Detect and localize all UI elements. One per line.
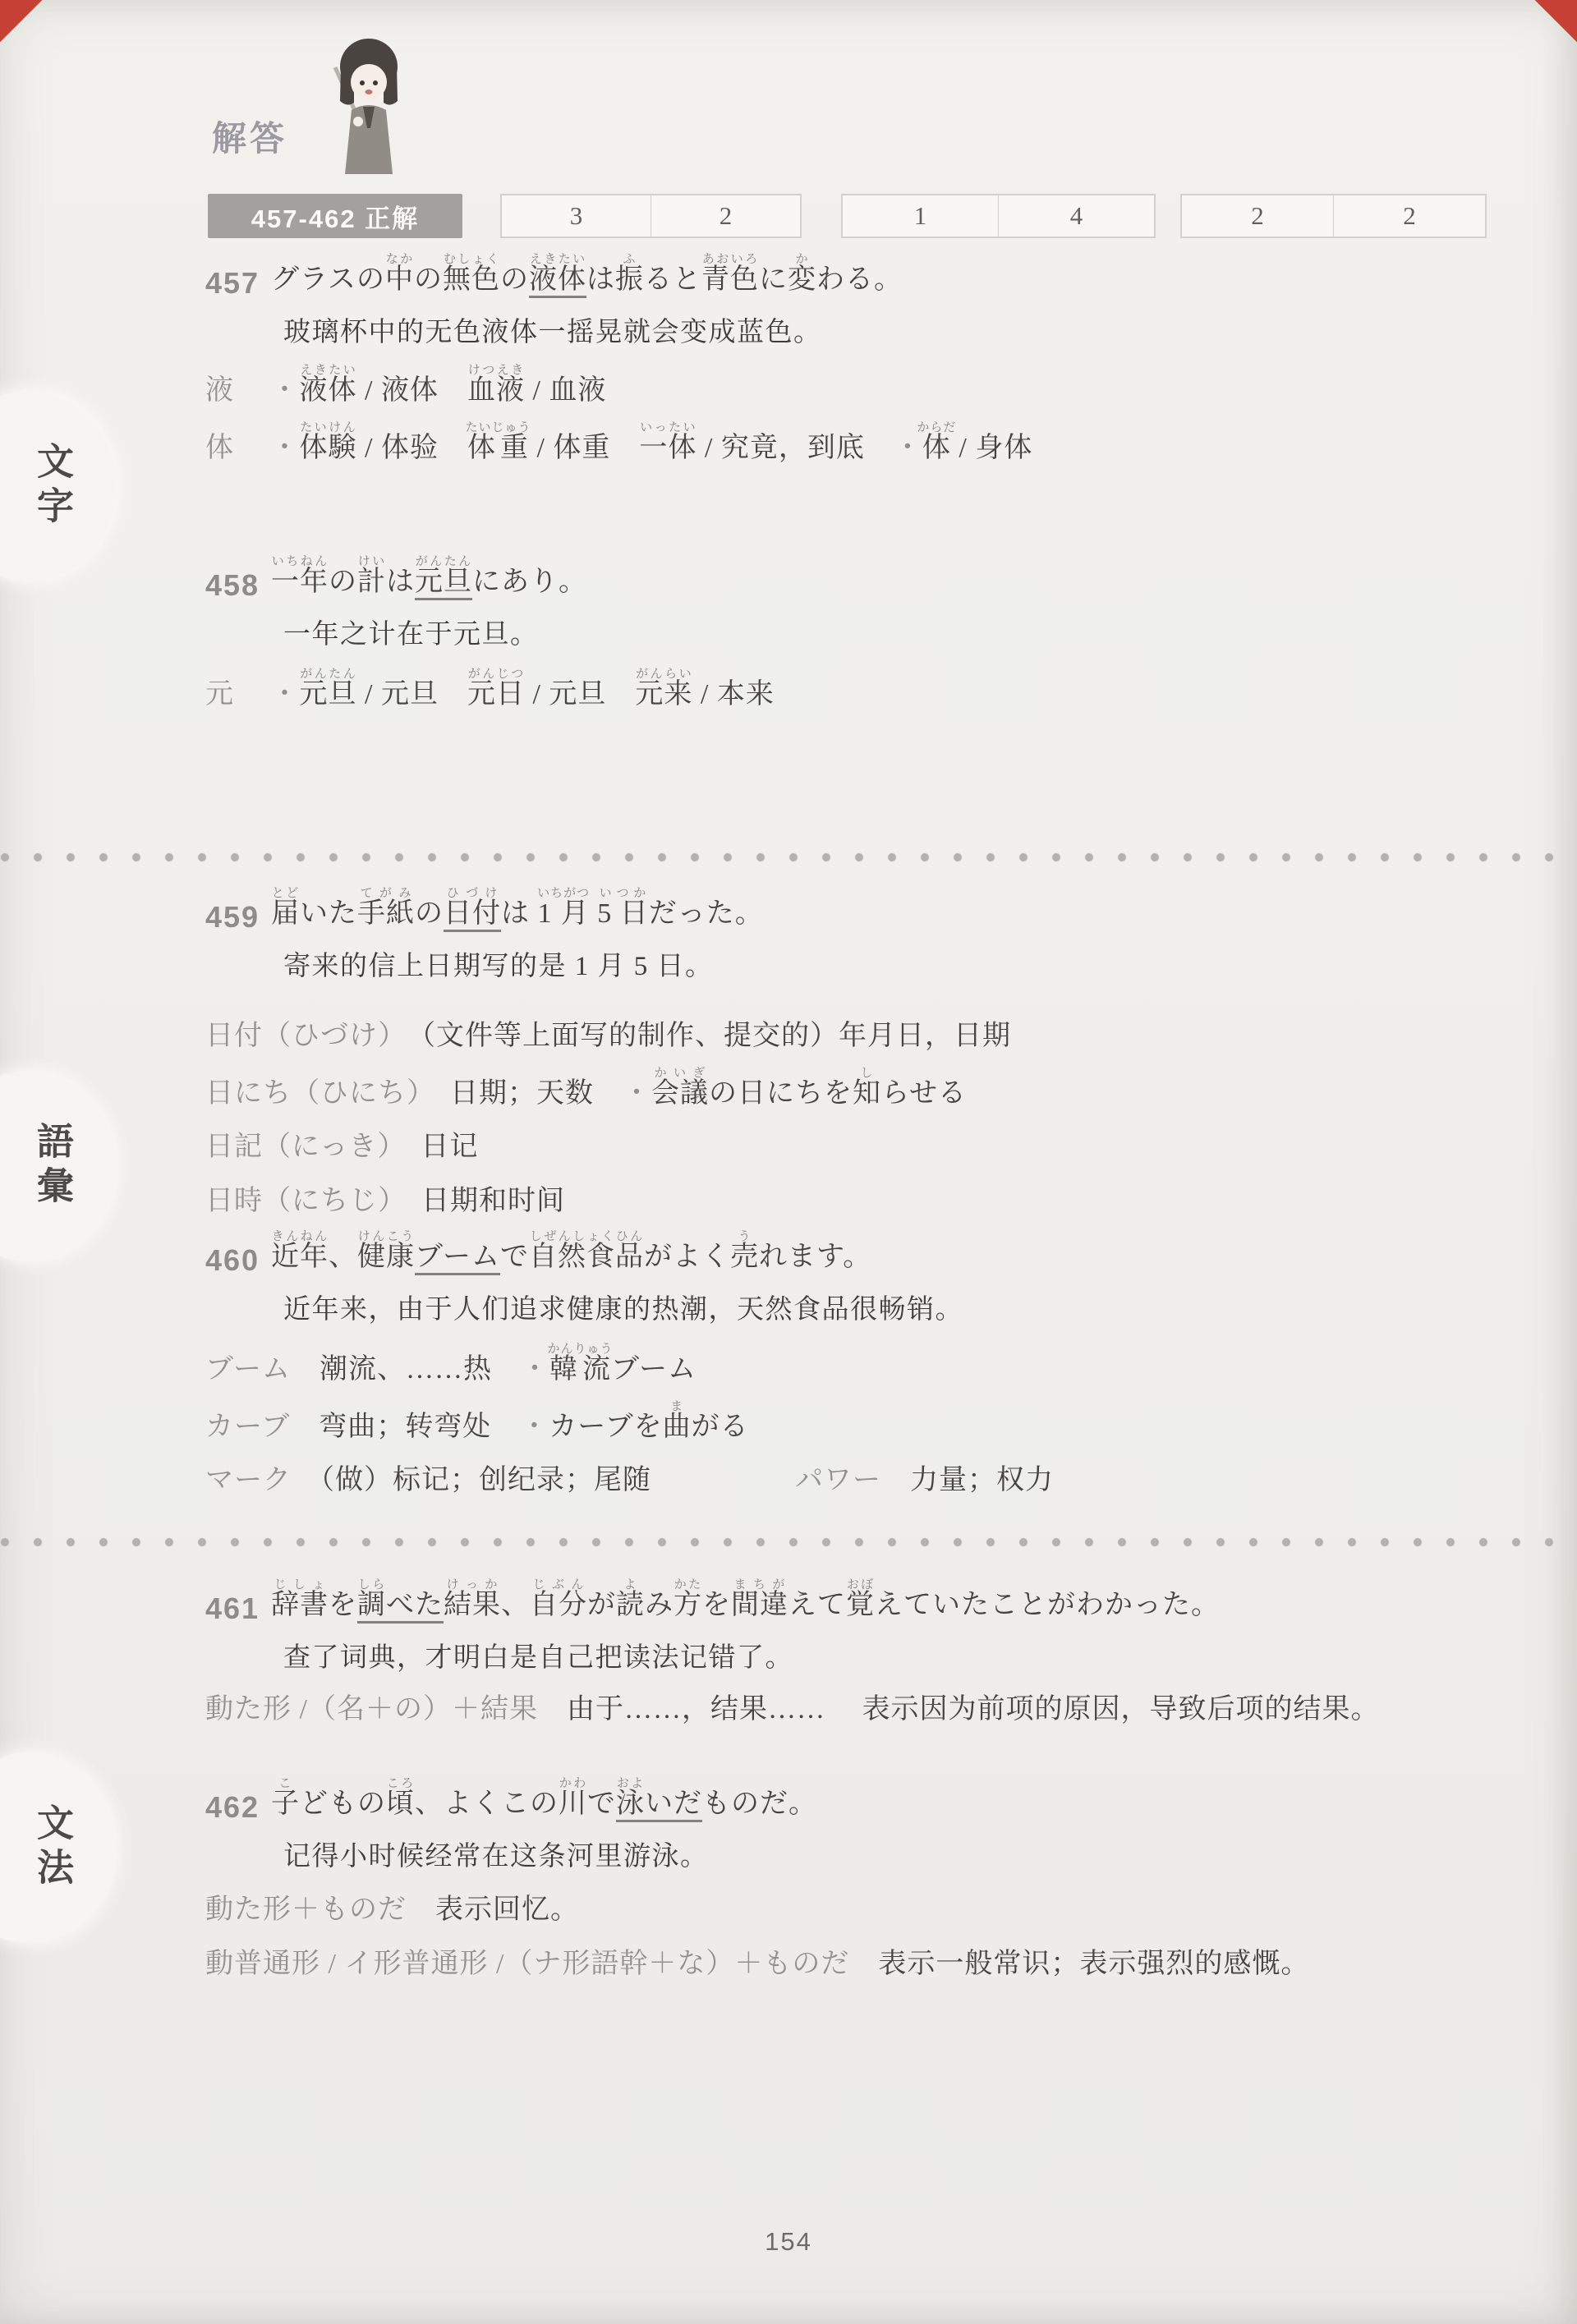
teacher-girl-illustration [319,21,419,179]
question-sentence: 辞書じしょを調しらべた結果けっか、自分じぶんが読よみ方かたを間違まちがえて覚おぼ… [271,1578,1220,1629]
side-tab-moji: 文字 [0,391,117,581]
question-block-458: 458 一年いちねんの計けいは元旦がんたんにあり。 一年之计在于元旦。 元 ・元… [205,555,1536,719]
grammar-rule-line: 動た形＋ものだ 表示回忆。 [205,1886,1536,1934]
vocab-lines: 液 ・液体えきたい / 液体 血液けつえき / 血液 体 ・体験たいけん / 体… [205,364,1536,472]
question-translation: 记得小时候经常在这条河里游泳。 [283,1839,1536,1875]
question-sentence: 近年きんねん、健康けんこうブームで自然食品しぜんしょくひんがよく売うれます。 [271,1230,871,1281]
question-row: 460 近年きんねん、健康けんこうブームで自然食品しぜんしょくひんがよく売うれま… [205,1230,1536,1281]
grammar-rule-line: 動普通形 / イ形普通形 /（ナ形語幹＋な）＋ものだ 表示一般常识；表示强烈的感… [205,1940,1536,1988]
answer-range-badge: 457-462 正解 [208,194,462,238]
question-row: 462 子こどもの頃ころ、よくこの川かわで泳およいだものだ。 [205,1777,1536,1828]
dotted-divider [0,852,1577,862]
question-number: 461 [205,1578,271,1626]
answer-group-bunpo: 2 2 [1180,194,1487,238]
answer-value-cell: 2 [1333,195,1485,237]
question-sentence: グラスの中なかの無色むしょくの液体えきたいは振ふると青色あおいろに変かわる。 [271,253,903,304]
side-tab-bunpo: 文法 [0,1752,117,1943]
answer-value-cell: 3 [502,195,651,237]
vocab-line: 日記（にっき） 日记 [205,1123,1536,1171]
question-translation: 寄来的信上日期写的是 1 月 5 日。 [283,949,1536,985]
grammar-lines: 動た形＋ものだ 表示回忆。 動普通形 / イ形普通形 /（ナ形語幹＋な）＋ものだ… [205,1886,1536,1988]
question-row: 459 届とどいた手紙てがみの日付ひづけは 1 月いちがつ 5 日いつかだった。 [205,887,1536,938]
vocab-line: カーブ 弯曲；转弯处 ・カーブを曲まがる [205,1400,1536,1451]
answer-value-cell: 2 [1182,195,1333,237]
vocab-lines: 元 ・元旦がんたん / 元旦 元日がんじつ / 元旦 元来がんらい / 本来 [205,668,1536,719]
vocab-line: 元 ・元旦がんたん / 元旦 元日がんじつ / 元旦 元来がんらい / 本来 [205,668,1536,719]
red-corner-decoration [1532,0,1577,45]
question-block-457: 457 グラスの中なかの無色むしょくの液体えきたいは振ふると青色あおいろに変かわ… [205,253,1536,472]
question-number: 460 [205,1230,271,1278]
answer-value-cell: 4 [998,195,1154,237]
page-number: 154 [0,2227,1577,2257]
question-number: 457 [205,253,271,301]
side-tab-label: 語彙 [25,1122,79,1210]
vocab-line: 日時（にちじ） 日期和时间 [205,1178,1536,1225]
side-tab-goi: 語彙 [0,1071,117,1261]
answer-group-moji: 3 2 [500,194,802,238]
question-sentence: 届とどいた手紙てがみの日付ひづけは 1 月いちがつ 5 日いつかだった。 [271,887,764,938]
side-tab-label: 文法 [25,1803,79,1892]
question-translation: 玻璃杯中的无色液体一摇晃就会变成蓝色。 [283,315,1536,351]
vocab-line: 液 ・液体えきたい / 液体 血液けつえき / 血液 [205,364,1536,415]
grammar-lines: 動た形 /（名＋の）＋結果 由于……，结果…… 表示因为前项的原因，导致后项的结… [205,1686,1536,1734]
question-number: 462 [205,1777,271,1825]
vocab-line: 日にち（ひにち） 日期；天数 ・会議かいぎの日にちを知しらせる [205,1067,1536,1118]
vocab-line: マーク （做）标记；创纪录；尾随 パワー 力量；权力 [205,1457,1536,1504]
answer-group-goi: 1 4 [841,194,1156,238]
answer-value-cell: 1 [843,195,998,237]
vocab-lines: 日付（ひづけ） （文件等上面写的制作、提交的）年月日，日期 日にち（ひにち） 日… [205,1013,1536,1225]
vocab-line: ブーム 潮流、……热 ・韓流かんりゅうブーム [205,1343,1536,1394]
vocab-line: 日付（ひづけ） （文件等上面写的制作、提交的）年月日，日期 [205,1013,1536,1060]
question-block-461: 461 辞書じしょを調しらべた結果けっか、自分じぶんが読よみ方かたを間違まちがえ… [205,1578,1536,1734]
red-corner-decoration [0,0,45,45]
question-block-459: 459 届とどいた手紙てがみの日付ひづけは 1 月いちがつ 5 日いつかだった。… [205,887,1536,1225]
grammar-rule-line: 動た形 /（名＋の）＋結果 由于……，结果…… 表示因为前项的原因，导致后项的结… [205,1686,1536,1734]
vocab-lines: ブーム 潮流、……热 ・韓流かんりゅうブーム カーブ 弯曲；转弯处 ・カーブを曲… [205,1343,1536,1504]
question-row: 461 辞書じしょを調しらべた結果けっか、自分じぶんが読よみ方かたを間違まちがえ… [205,1578,1536,1629]
question-block-460: 460 近年きんねん、健康けんこうブームで自然食品しぜんしょくひんがよく売うれま… [205,1230,1536,1505]
question-number: 458 [205,555,271,603]
vocab-line: 体 ・体験たいけん / 体验 体重たいじゅう / 体重 一体いったい / 究竟，… [205,421,1536,472]
dotted-divider [0,1537,1577,1547]
side-tab-label: 文字 [25,442,79,530]
textbook-answer-page: 解答 457-462 正解 3 2 1 4 2 2 457 グラスの中なか [0,0,1577,2324]
question-translation: 查了词典，才明白是自己把读法记错了。 [283,1641,1536,1676]
answer-key-bar: 457-462 正解 3 2 1 4 2 2 [208,194,1487,238]
question-sentence: 子こどもの頃ころ、よくこの川かわで泳およいだものだ。 [271,1777,817,1828]
answer-section-title: 解答 [212,112,287,161]
question-translation: 近年来，由于人们追求健康的热潮，天然食品很畅销。 [283,1293,1536,1328]
question-block-462: 462 子こどもの頃ころ、よくこの川かわで泳およいだものだ。 记得小时候经常在这… [205,1777,1536,1988]
question-translation: 一年之计在于元旦。 [283,618,1536,653]
question-row: 457 グラスの中なかの無色むしょくの液体えきたいは振ふると青色あおいろに変かわ… [205,253,1536,304]
answer-value-cell: 2 [651,195,800,237]
question-row: 458 一年いちねんの計けいは元旦がんたんにあり。 [205,555,1536,606]
question-number: 459 [205,887,271,935]
question-sentence: 一年いちねんの計けいは元旦がんたんにあり。 [271,555,587,606]
